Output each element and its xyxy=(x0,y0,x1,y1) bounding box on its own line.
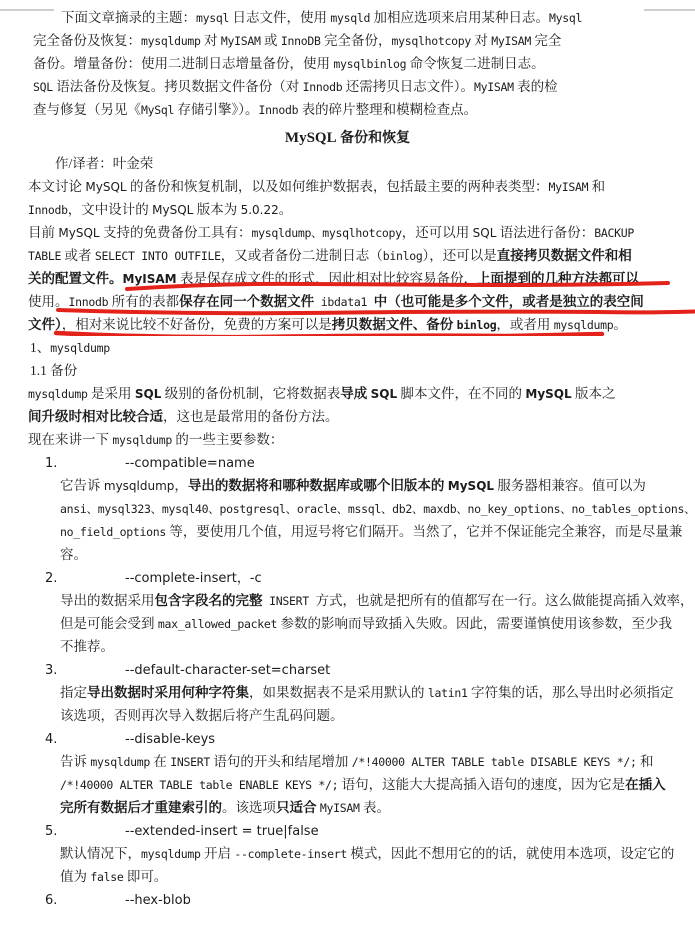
text-line: 间升级时相对比较合适，这也是最常用的备份方法。 xyxy=(28,405,695,428)
text-segment: MyISAM xyxy=(548,180,588,194)
text-segment: MyISAM xyxy=(474,80,514,94)
text-segment: SELECT INTO OUTFILE xyxy=(95,249,221,263)
text-segment: 和 xyxy=(637,754,654,769)
text-segment: 的一些主要参数： xyxy=(172,432,283,447)
text-segment: 支持的免费备份工具有： xyxy=(100,225,252,240)
text-segment: SQL xyxy=(473,226,497,240)
text-segment: 备份和恢复 xyxy=(337,131,411,146)
text-segment: 对 xyxy=(201,33,221,48)
text-segment: 上面提到的几种方法都可以 xyxy=(477,271,639,286)
text-segment: INSERT xyxy=(263,594,316,608)
text-segment: 导出的数据将和哪种数据库或哪个旧版本的 xyxy=(188,478,445,493)
text-segment: ），还可以是 xyxy=(422,248,496,263)
params-lead-line: 现在来讲一下 mysqldump 的一些主要参数： xyxy=(0,428,695,451)
text-segment: ibdata1 xyxy=(314,295,374,309)
text-segment: 开启 xyxy=(201,846,235,861)
text-line: 本文讨论 MySQL 的备份和恢复机制，以及如何维护数据表，包括最主要的两种表类… xyxy=(28,175,695,198)
text-segment: 对 xyxy=(471,33,491,48)
text-segment: 表的碎片整理和模糊检查点。 xyxy=(298,102,477,117)
text-line: 值为 false 即可。 xyxy=(60,865,695,888)
author-line: 作/译者：叶金荣 xyxy=(0,152,695,175)
text-segment: Innodb xyxy=(303,80,343,94)
text-segment: 命令恢复二进制日志。 xyxy=(406,56,544,71)
text-segment: 直接拷贝数据文件和相 xyxy=(497,248,632,263)
text-line: /*!40000 ALTER TABLE table ENABLE KEYS *… xyxy=(60,773,695,796)
text-line: 指定导出数据时采用何种字符集，如果数据表不是采用默认的 latin1 字符集的话… xyxy=(60,681,695,704)
text-segment: binlog xyxy=(457,318,497,332)
text-segment: 模式，因此不想用它的的话，就使用本选项，设定它的 xyxy=(347,846,674,861)
text-segment: InnoDB xyxy=(281,34,321,48)
text-segment: 完全备份， xyxy=(321,33,392,48)
text-segment: 导出的数据采用 xyxy=(60,593,155,608)
text-segment: 它告诉 xyxy=(60,478,104,493)
param-item-header: 6.--hex-blob xyxy=(0,888,695,911)
text-segment: 容。 xyxy=(60,547,87,562)
text-segment: 不推荐。 xyxy=(60,639,114,654)
intro-paragraph: 本文讨论 MySQL 的备份和恢复机制，以及如何维护数据表，包括最主要的两种表类… xyxy=(0,175,695,221)
text-segment: ，文中设计的 xyxy=(68,202,152,217)
text-segment: --complete-insert xyxy=(234,847,347,861)
text-segment: SQL xyxy=(371,387,398,401)
text-line: 文件），相对来说比较不好备份，免费的方案可以是拷贝数据文件、备份 binlog，… xyxy=(28,313,695,336)
text-segment: mysqldump xyxy=(141,847,201,861)
text-segment: Innodb xyxy=(259,103,299,117)
text-segment: 是采用 xyxy=(88,386,135,401)
text-segment: ，如果数据表不是采用默认的 xyxy=(249,685,428,700)
text-segment: 但是可能会受到 xyxy=(60,616,158,631)
section-subheading: 1.1 备份 xyxy=(0,359,695,382)
text-segment: 备份。增量备份：使用二进制日志增量备份，使用 xyxy=(33,56,333,71)
text-line: SQL 语法备份及恢复。拷贝数据文件备份（对 Innodb 还需拷贝日志文件）。… xyxy=(33,75,669,98)
text-segment: 1、 xyxy=(30,340,50,355)
text-segment: 保存在同一个数据文件 xyxy=(179,294,314,309)
text-line: 告诉 mysqldump 在 INSERT 语句的开头和结尾增加 /*!4000… xyxy=(60,750,695,773)
text-segment: mysqldump xyxy=(104,479,175,493)
text-line: 完所有数据后才重建索引的。该选项只适合 MyISAM 表。 xyxy=(60,796,695,819)
param-item-header: 5.--extended-insert = true|false xyxy=(0,819,695,842)
text-segment: 版本之 xyxy=(572,386,616,401)
mysqldump-intro-paragraph: mysqldump 是采用 SQL 级别的备份机制，它将数据表导成 SQL 脚本… xyxy=(0,382,695,428)
text-line: 不推荐。 xyxy=(60,635,695,658)
text-line: TABLE 或者 SELECT INTO OUTFILE，又或者备份二进制日志（… xyxy=(28,244,695,267)
text-segment: MyISAM xyxy=(491,34,531,48)
text-segment: 拷贝数据文件、备份 xyxy=(332,317,457,332)
text-segment: 在插入 xyxy=(625,777,666,792)
param-item-body: 它告诉 mysqldump，导出的数据将和哪种数据库或哪个旧版本的 MySQL … xyxy=(0,474,695,566)
text-segment: 加相应选项来启用某种日志。 xyxy=(370,10,549,25)
text-segment: mysqld xyxy=(330,11,370,25)
text-segment: mysql xyxy=(196,11,229,25)
text-segment: mysqldump xyxy=(50,341,110,355)
text-segment: 。 xyxy=(613,317,627,332)
text-segment: 即可。 xyxy=(124,869,168,884)
list-number: 2. xyxy=(45,567,125,590)
list-number: 1. xyxy=(45,452,125,475)
param-item-header: 3.--default-character-set=charset xyxy=(0,658,695,681)
text-segment: 1.1 备份 xyxy=(30,363,77,378)
text-segment: MySQL xyxy=(152,203,193,217)
text-segment: INSERT xyxy=(170,755,210,769)
text-segment: 文件） xyxy=(28,317,62,332)
text-line: mysqldump 是采用 SQL 级别的备份机制，它将数据表导成 SQL 脚本… xyxy=(28,382,695,405)
text-segment: BACKUP xyxy=(594,226,634,240)
text-segment: 的备份和恢复机制，以及如何维护数据表，包括最主要的两种表类型： xyxy=(127,179,549,194)
text-segment: mysqldump、mysqlhotcopy xyxy=(251,226,401,240)
text-segment: 指定 xyxy=(60,685,87,700)
text-segment: 在 xyxy=(150,754,170,769)
text-segment: 使用。 xyxy=(28,294,69,309)
text-segment: MySQL xyxy=(448,479,494,493)
text-line: 默认情况下，mysqldump 开启 --complete-insert 模式，… xyxy=(60,842,695,865)
text-segment: Mysql xyxy=(549,11,582,25)
text-segment: 只适合 xyxy=(276,800,317,815)
text-segment: ansi、mysql323、mysql40、postgresql、oracle、… xyxy=(60,502,695,516)
text-segment: ，又或者备份二进制日志（ xyxy=(221,248,383,263)
text-segment: TABLE xyxy=(28,249,61,263)
text-segment: ，相对来说比较不好备份，免费的方案可以是 xyxy=(62,317,332,332)
text-segment: 等，要使用几个值，用逗号将它们隔开。当然了，它并不保证能完全兼容，而是尽量兼 xyxy=(166,524,682,539)
text-segment: Innodb xyxy=(28,203,68,217)
list-number: 4. xyxy=(45,728,125,751)
text-segment: SQL xyxy=(135,387,162,401)
text-segment: MySQL xyxy=(525,387,571,401)
text-line: ansi、mysql323、mysql40、postgresql、oracle、… xyxy=(60,497,695,520)
text-segment: MySQL xyxy=(285,130,337,146)
text-segment: SQL xyxy=(33,80,53,94)
text-line: 关的配置文件。MyISAM 表是保存成文件的形式，因此相对比较容易备份，上面提到… xyxy=(28,267,695,290)
text-segment: MySQL xyxy=(58,226,99,240)
text-segment: 或者 xyxy=(61,248,95,263)
text-segment: mysqldump xyxy=(28,387,88,401)
text-segment: 查与修复（另见《 xyxy=(33,102,141,117)
text-segment: 默认情况下， xyxy=(60,846,141,861)
option-name: --compatible=name xyxy=(125,456,255,471)
text-segment: 本文讨论 xyxy=(28,179,85,194)
option-name: --hex-blob xyxy=(125,893,191,908)
text-segment: mysqldump xyxy=(141,34,201,48)
page-edge-line-left xyxy=(0,9,54,11)
text-segment: 完全备份及恢复： xyxy=(33,33,141,48)
text-segment: mysqlbinlog xyxy=(333,57,406,71)
text-segment: 存储引擎》）。 xyxy=(174,102,258,117)
text-segment: 中（也可能是多个文件，或者是独立的表空间 xyxy=(374,294,644,309)
param-item-body: 指定导出数据时采用何种字符集，如果数据表不是采用默认的 latin1 字符集的话… xyxy=(0,681,695,727)
text-segment: 版本为 xyxy=(193,202,240,217)
text-line: 使用。Innodb 所有的表都保存在同一个数据文件 ibdata1 中（也可能是… xyxy=(28,290,695,313)
text-segment: 方式，也就是把所有的值都写在一行。这么做能提高插入效率， xyxy=(316,593,694,608)
text-segment: 下面文章摘录的主题： xyxy=(61,10,196,25)
text-segment: 现在来讲一下 xyxy=(28,432,112,447)
text-segment: false xyxy=(90,870,123,884)
page-title: MySQL 备份和恢复 xyxy=(0,121,695,152)
text-line: no_field_options 等，要使用几个值，用逗号将它们隔开。当然了，它… xyxy=(60,520,695,543)
param-item-body: 默认情况下，mysqldump 开启 --complete-insert 模式，… xyxy=(0,842,695,888)
text-segment: ，这也是最常用的备份方法。 xyxy=(163,409,339,424)
param-item-body: 告诉 mysqldump 在 INSERT 语句的开头和结尾增加 /*!4000… xyxy=(0,750,695,819)
text-segment: 完全 xyxy=(531,33,561,48)
text-segment: latin1 xyxy=(428,686,468,700)
text-segment: 语法备份及恢复。拷贝数据文件备份（对 xyxy=(53,79,303,94)
text-segment: 字符集的话，那么导出时必须指定 xyxy=(468,685,674,700)
text-segment: 还需拷贝日志文件）。 xyxy=(342,79,474,94)
text-line: 导出的数据采用包含字段名的完整 INSERT 方式，也就是把所有的值都写在一行。… xyxy=(60,589,695,612)
option-name: --extended-insert = true|false xyxy=(125,824,319,839)
text-segment: 或 xyxy=(261,33,281,48)
text-segment: 完所有数据后才重建索引的 xyxy=(60,800,222,815)
param-item-header: 4.--disable-keys xyxy=(0,727,695,750)
text-segment: 包含字段名的完整 xyxy=(155,593,263,608)
text-segment: 。该选项 xyxy=(222,800,276,815)
text-line: 查与修复（另见《MySql 存储引擎》）。Innodb 表的碎片整理和模糊检查点… xyxy=(33,98,669,121)
text-line: 目前 MySQL 支持的免费备份工具有：mysqldump、mysqlhotco… xyxy=(28,221,695,244)
text-segment: 间升级时相对比较合适 xyxy=(28,409,163,424)
option-name: --complete-insert，-c xyxy=(125,571,262,586)
text-segment: ，或者用 xyxy=(496,317,553,332)
text-segment: 级别的备份机制，它将数据表 xyxy=(161,386,340,401)
list-number: 3. xyxy=(45,659,125,682)
text-segment: 表的检 xyxy=(514,79,558,94)
text-segment: ， xyxy=(174,478,188,493)
text-segment: 所有的表都 xyxy=(108,294,179,309)
text-segment: 告诉 xyxy=(60,754,90,769)
text-segment: MyISAM xyxy=(320,801,360,815)
text-segment: 语句，这能大大提高插入语句的速度，因为它是 xyxy=(338,777,625,792)
excerpt-paragraph: 下面文章摘录的主题：mysql 日志文件，使用 mysqld 加相应选项来启用某… xyxy=(0,0,695,121)
text-line: 容。 xyxy=(60,543,695,566)
text-segment: MySql xyxy=(141,103,174,117)
text-segment: binlog xyxy=(383,249,423,263)
text-segment: 导成 xyxy=(340,386,367,401)
option-name: --default-character-set=charset xyxy=(125,663,330,678)
text-segment: MyISAM xyxy=(123,272,177,286)
text-segment: 和 xyxy=(588,179,605,194)
text-segment: 服务器相兼容。值可以为 xyxy=(494,478,646,493)
param-item-header: 2.--complete-insert，-c xyxy=(0,566,695,589)
option-name: --disable-keys xyxy=(125,732,215,747)
text-segment: 目前 xyxy=(28,225,58,240)
text-segment: 表是保存成文件的形式，因此相对比较容易备份， xyxy=(177,271,477,286)
text-segment: 脚本文件，在不同的 xyxy=(397,386,525,401)
text-segment: MyISAM xyxy=(221,34,261,48)
text-segment: Innodb xyxy=(69,295,109,309)
text-segment: 作/译者：叶金荣 xyxy=(55,156,153,171)
text-segment: 5.0.22 xyxy=(241,203,279,217)
text-segment: 导出数据时采用何种字符集 xyxy=(87,685,249,700)
text-segment: no_field_options xyxy=(60,525,166,539)
text-line: Innodb，文中设计的 MySQL 版本为 5.0.22。 xyxy=(28,198,695,221)
text-segment: /*!40000 ALTER TABLE table ENABLE KEYS *… xyxy=(60,778,338,792)
text-segment: mysqldump xyxy=(554,318,614,332)
text-line: 该选项，否则再次导入数据后将产生乱码问题。 xyxy=(60,704,695,727)
text-segment: 。 xyxy=(279,202,293,217)
text-segment: 值为 xyxy=(60,869,90,884)
text-segment: mysqlhotcopy xyxy=(392,34,471,48)
text-line: 完全备份及恢复：mysqldump 对 MyISAM 或 InnoDB 完全备份… xyxy=(33,29,669,52)
list-number: 6. xyxy=(45,889,125,912)
text-segment: 语法进行备份： xyxy=(496,225,594,240)
backup-tools-paragraph: 目前 MySQL 支持的免费备份工具有：mysqldump、mysqlhotco… xyxy=(0,221,695,336)
text-segment: 该选项，否则再次导入数据后将产生乱码问题。 xyxy=(60,708,344,723)
text-segment: MySQL xyxy=(85,180,126,194)
text-segment: /*!40000 ALTER TABLE table DISABLE KEYS … xyxy=(352,755,637,769)
text-segment: 参数的影响而导致插入失败。因此，需要谨慎使用该参数，至少我 xyxy=(277,616,672,631)
text-segment: mysqldump xyxy=(90,755,150,769)
section-heading: 1、mysqldump xyxy=(0,336,695,359)
text-segment: mysqldump xyxy=(112,433,172,447)
text-segment: 表。 xyxy=(360,800,390,815)
text-line: 备份。增量备份：使用二进制日志增量备份，使用 mysqlbinlog 命令恢复二… xyxy=(33,52,669,75)
text-line: 它告诉 mysqldump，导出的数据将和哪种数据库或哪个旧版本的 MySQL … xyxy=(60,474,695,497)
text-segment: 语句的开头和结尾增加 xyxy=(210,754,352,769)
param-item-body: 导出的数据采用包含字段名的完整 INSERT 方式，也就是把所有的值都写在一行。… xyxy=(0,589,695,658)
text-segment: 关的配置文件。 xyxy=(28,271,123,286)
param-item-header: 1.--compatible=name xyxy=(0,451,695,474)
document-page: 下面文章摘录的主题：mysql 日志文件，使用 mysqld 加相应选项来启用某… xyxy=(0,0,695,940)
list-number: 5. xyxy=(45,820,125,843)
text-line: 但是可能会受到 max_allowed_packet 参数的影响而导致插入失败。… xyxy=(60,612,695,635)
text-segment: max_allowed_packet xyxy=(158,617,277,631)
text-line: 下面文章摘录的主题：mysql 日志文件，使用 mysqld 加相应选项来启用某… xyxy=(33,6,669,29)
page-edge-line-right xyxy=(644,9,695,11)
text-segment: 日志文件，使用 xyxy=(229,10,330,25)
text-segment: ，还可以用 xyxy=(402,225,473,240)
